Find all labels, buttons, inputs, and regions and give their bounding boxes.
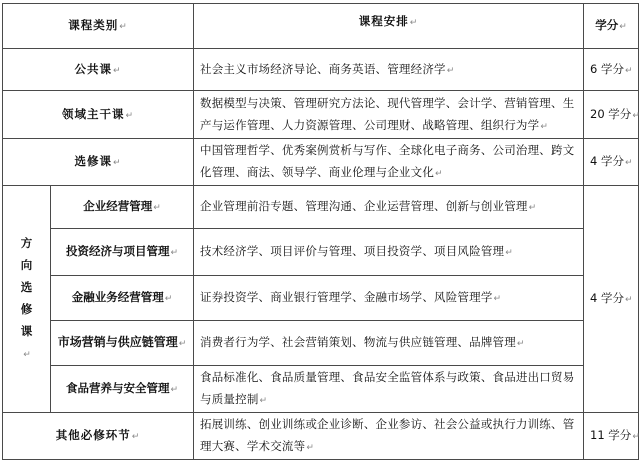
credits-cell: 20 学分↵ (584, 91, 639, 139)
courses-cell: 技术经济学、项目评价与管理、项目投资学、项目风险管理↵ (194, 229, 584, 276)
table-row: 投资经济与项目管理↵ 技术经济学、项目评价与管理、项目投资学、项目风险管理↵ (3, 229, 639, 276)
header-category: 课程类别↵ (3, 4, 194, 49)
category-cell: 选修课↵ (3, 139, 194, 186)
table-row: 选修课↵ 中国管理哲学、优秀案例赏析与写作、全球化电子商务、公司治理、跨文化管理… (3, 139, 639, 186)
credits-cell: 6 学分↵ (584, 49, 639, 91)
table-row: 市场营销与供应链管理↵ 消费者行为学、社会营销策划、物流与供应链管理、品牌管理↵ (3, 321, 639, 366)
table-row: 金融业务经营管理↵ 证券投资学、商业银行管理学、金融市场学、风险管理学↵ (3, 276, 639, 321)
direction-name-cell: 食品营养与安全管理↵ (51, 366, 194, 413)
courses-cell: 社会主义市场经济导论、商务英语、管理经济学↵ (194, 49, 584, 91)
direction-electives-group: 方向选修课↵ (3, 186, 51, 413)
courses-cell: 食品标准化、食品质量管理、食品安全监管体系与政策、食品进出口贸易与质量控制↵ (194, 366, 584, 413)
courses-cell: 证券投资学、商业银行管理学、金融市场学、风险管理学↵ (194, 276, 584, 321)
courses-cell: 企业管理前沿专题、管理沟通、企业运营管理、创新与创业管理↵ (194, 186, 584, 229)
direction-name-cell: 金融业务经营管理↵ (51, 276, 194, 321)
direction-name-cell: 企业经营管理↵ (51, 186, 194, 229)
table-row: 公共课↵ 社会主义市场经济导论、商务英语、管理经济学↵ 6 学分↵ (3, 49, 639, 91)
direction-name-cell: 投资经济与项目管理↵ (51, 229, 194, 276)
category-cell: 领域主干课↵ (3, 91, 194, 139)
courses-cell: 中国管理哲学、优秀案例赏析与写作、全球化电子商务、公司治理、跨文化管理、商法、领… (194, 139, 584, 186)
credits-cell: 11 学分↵ (584, 413, 639, 460)
credits-cell: 4 学分↵ (584, 186, 639, 413)
table-row: 其他必修环节↵ 拓展训练、创业训练或企业诊断、企业参访、社会公益或执行力训练、管… (3, 413, 639, 460)
header-arrangement: 课程安排↵ (194, 4, 584, 49)
table-row: 领域主干课↵ 数据模型与决策、管理研究方法论、现代管理学、会计学、营销管理、生产… (3, 91, 639, 139)
courses-cell: 拓展训练、创业训练或企业诊断、企业参访、社会公益或执行力训练、管理大赛、学术交流… (194, 413, 584, 460)
header-row: 课程类别↵ 课程安排↵ 学分↵ (3, 4, 639, 49)
direction-name-cell: 市场营销与供应链管理↵ (51, 321, 194, 366)
category-cell: 公共课↵ (3, 49, 194, 91)
table-row: 食品营养与安全管理↵ 食品标准化、食品质量管理、食品安全监管体系与政策、食品进出… (3, 366, 639, 413)
courses-cell: 消费者行为学、社会营销策划、物流与供应链管理、品牌管理↵ (194, 321, 584, 366)
courses-cell: 数据模型与决策、管理研究方法论、现代管理学、会计学、营销管理、生产与运作管理、人… (194, 91, 584, 139)
category-cell: 其他必修环节↵ (3, 413, 194, 460)
table-row: 方向选修课↵ 企业经营管理↵ 企业管理前沿专题、管理沟通、企业运营管理、创新与创… (3, 186, 639, 229)
curriculum-table: 课程类别↵ 课程安排↵ 学分↵ 公共课↵ 社会主义市场经济导论、商务英语、管理经… (2, 3, 639, 460)
credits-cell: 4 学分↵ (584, 139, 639, 186)
header-credits: 学分↵ (584, 4, 639, 49)
